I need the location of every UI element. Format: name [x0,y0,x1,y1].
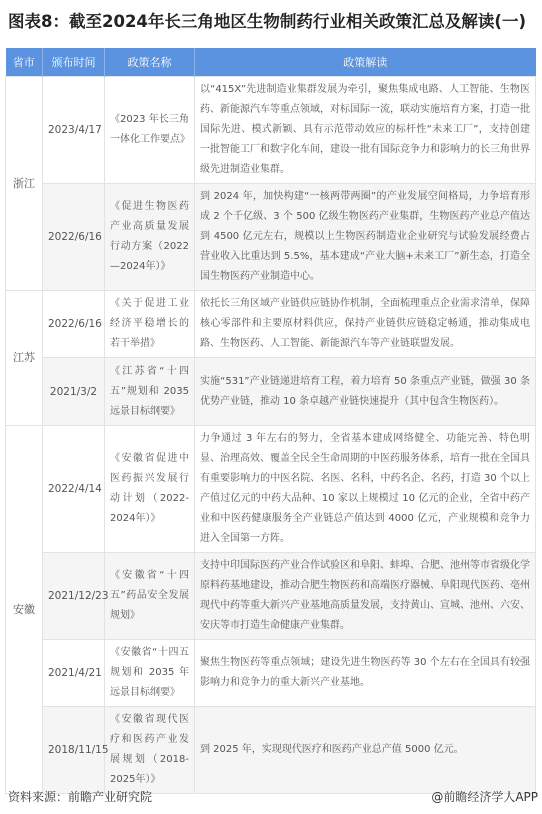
date-cell: 2022/6/16 [43,184,105,291]
column-header-date: 颁布时间 [43,48,105,77]
interpretation-cell: 支持中印国际医药产业合作试验区和阜阳、蚌埠、合肥、池州等市省级化学原料药基地建设… [195,553,536,640]
column-header-policy-name: 政策名称 [105,48,195,77]
date-cell: 2021/12/23 [43,553,105,640]
policy-name-cell: 《安徽省现代医疗和医药产业发展规划（2018-2025年）》 [105,707,195,794]
date-cell: 2018/11/15 [43,707,105,794]
table-row: 2022/6/16 《促进生物医药产业高质量发展行动方案（2022—2024年）… [6,184,536,291]
province-cell: 安徽 [6,426,43,794]
policy-name-cell: 《2023 年长三角一体化工作要点》 [105,77,195,184]
table-row: 2021/12/23 《安徽省“十四五”药品安全发展规划》 支持中印国际医药产业… [6,553,536,640]
interpretation-cell: 以“415X”先进制造业集群发展为牵引，聚焦集成电路、人工智能、生物医药、新能源… [195,77,536,184]
interpretation-cell: 到 2024 年，加快构建“一核两带两圈”的产业发展空间格局，力争培育形成 2 … [195,184,536,291]
table-row: 2018/11/15 《安徽省现代医疗和医药产业发展规划（2018-2025年）… [6,707,536,794]
table-header-row: 省市 颁布时间 政策名称 政策解读 [6,48,536,77]
date-cell: 2022/6/16 [43,291,105,358]
province-cell: 浙江 [6,77,43,291]
table-row: 安徽 2022/4/14 《安徽省促进中医药振兴发展行动计划（2022-2024… [6,426,536,553]
policy-table: 省市 颁布时间 政策名称 政策解读 浙江 2023/4/17 《2023 年长三… [5,48,536,794]
province-cell: 江苏 [6,291,43,426]
interpretation-cell: 力争通过 3 年左右的努力，全省基本建成网络健全、功能完善、特色明显、治理高效、… [195,426,536,553]
chart-title: 图表8：截至2024年长三角地区生物制药行业相关政策汇总及解读(一) [8,8,538,32]
source-note: 资料来源：前瞻产业研究院 [8,788,152,805]
policy-name-cell: 《安徽省“十四五”药品安全发展规划》 [105,553,195,640]
date-cell: 2023/4/17 [43,77,105,184]
policy-name-cell: 《安徽省促进中医药振兴发展行动计划（2022-2024年）》 [105,426,195,553]
date-cell: 2021/4/21 [43,640,105,707]
column-header-province: 省市 [6,48,43,77]
policy-name-cell: 《安徽省“十四五规划和 2035 年远景目标纲要》 [105,640,195,707]
interpretation-cell: 依托长三角区域产业链供应链协作机制，全面梳理重点企业需求清单，保障核心零部件和主… [195,291,536,358]
policy-name-cell: 《促进生物医药产业高质量发展行动方案（2022—2024年）》 [105,184,195,291]
date-cell: 2021/3/2 [43,358,105,426]
column-header-interpretation: 政策解读 [195,48,536,77]
date-cell: 2022/4/14 [43,426,105,553]
credit-note: @前瞻经济学人APP [431,788,538,805]
policy-name-cell: 《江苏省“十四五”规划和 2035 远景目标纲要》 [105,358,195,426]
table-row: 浙江 2023/4/17 《2023 年长三角一体化工作要点》 以“415X”先… [6,77,536,184]
table-row: 2021/3/2 《江苏省“十四五”规划和 2035 远景目标纲要》 实施“53… [6,358,536,426]
interpretation-cell: 到 2025 年，实现现代医疗和医药产业总产值 5000 亿元。 [195,707,536,794]
policy-name-cell: 《关于促进工业经济平稳增长的若干举措》 [105,291,195,358]
table-row: 2021/4/21 《安徽省“十四五规划和 2035 年远景目标纲要》 聚焦生物… [6,640,536,707]
table-row: 江苏 2022/6/16 《关于促进工业经济平稳增长的若干举措》 依托长三角区域… [6,291,536,358]
interpretation-cell: 实施“531”产业链递进培育工程，着力培育 50 条重点产业链，做强 30 条优… [195,358,536,426]
interpretation-cell: 聚焦生物医药等重点领域；建设先进生物医药等 30 个左右在全国具有较强影响力和竞… [195,640,536,707]
